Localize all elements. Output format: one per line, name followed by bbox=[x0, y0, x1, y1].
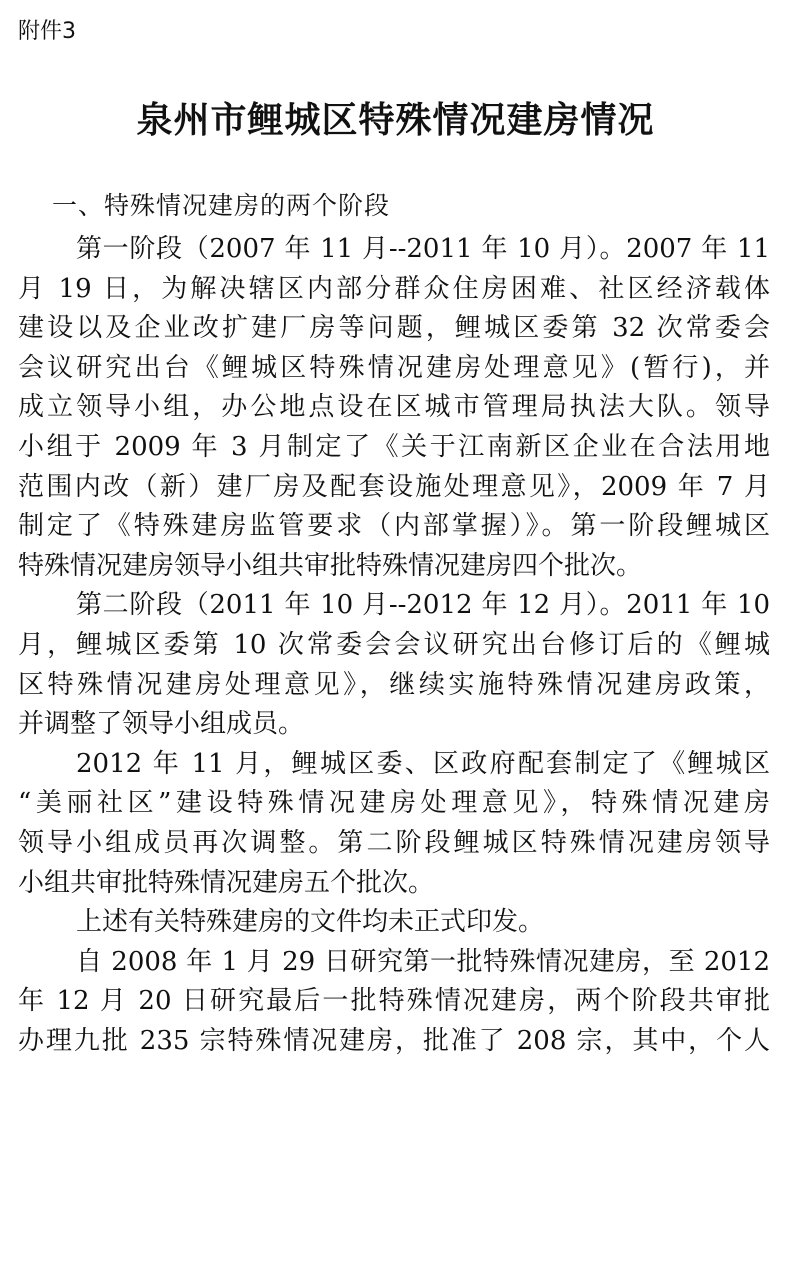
body-line: 年 12 月 20 日研究最后一批特殊情况建房，两个阶段共审批 bbox=[18, 982, 770, 1022]
attachment-label: 附件3 bbox=[18, 14, 76, 45]
body-line: 区特殊情况建房处理意见》，继续实施特殊情况建房政策， bbox=[18, 666, 770, 706]
section-heading: 一、特殊情况建房的两个阶段 bbox=[52, 186, 390, 222]
body-line: “美丽社区”建设特殊情况建房处理意见》，特殊情况建房 bbox=[18, 784, 770, 824]
body-line: 并调整了领导小组成员。 bbox=[18, 705, 770, 745]
body-line: 第一阶段（2007 年 11 月--2011 年 10 月）。2007 年 11 bbox=[18, 230, 770, 270]
body-line: 第二阶段（2011 年 10 月--2012 年 12 月）。2011 年 10 bbox=[18, 586, 770, 626]
body-line: 小组于 2009 年 3 月制定了《关于江南新区企业在合法用地 bbox=[18, 428, 770, 468]
body-line: 自 2008 年 1 月 29 日研究第一批特殊情况建房，至 2012 bbox=[18, 943, 770, 983]
body-line: 月 19 日，为解决辖区内部分群众住房困难、社区经济载体 bbox=[18, 270, 770, 310]
body-line: 小组共审批特殊情况建房五个批次。 bbox=[18, 864, 770, 904]
body-line: 上述有关特殊建房的文件均未正式印发。 bbox=[18, 903, 770, 943]
body-line: 成立领导小组，办公地点设在区城市管理局执法大队。领导 bbox=[18, 388, 770, 428]
body-line: 特殊情况建房领导小组共审批特殊情况建房四个批次。 bbox=[18, 547, 770, 587]
document-title: 泉州市鲤城区特殊情况建房情况 bbox=[0, 92, 791, 143]
document-body: 第一阶段（2007 年 11 月--2011 年 10 月）。2007 年 11… bbox=[18, 230, 770, 1061]
body-line: 领导小组成员再次调整。第二阶段鲤城区特殊情况建房领导 bbox=[18, 824, 770, 864]
body-line: 范围内改（新）建厂房及配套设施处理意见》，2009 年 7 月 bbox=[18, 468, 770, 508]
body-line: 制定了《特殊建房监管要求（内部掌握）》。第一阶段鲤城区 bbox=[18, 507, 770, 547]
body-line: 月，鲤城区委第 10 次常委会会议研究出台修订后的《鲤城 bbox=[18, 626, 770, 666]
body-line: 建设以及企业改扩建厂房等问题，鲤城区委第 32 次常委会 bbox=[18, 309, 770, 349]
body-line: 2012 年 11 月，鲤城区委、区政府配套制定了《鲤城区 bbox=[18, 745, 770, 785]
body-line: 办理九批 235 宗特殊情况建房，批准了 208 宗，其中，个人 bbox=[18, 1022, 770, 1062]
body-line: 会议研究出台《鲤城区特殊情况建房处理意见》(暂行)，并 bbox=[18, 349, 770, 389]
